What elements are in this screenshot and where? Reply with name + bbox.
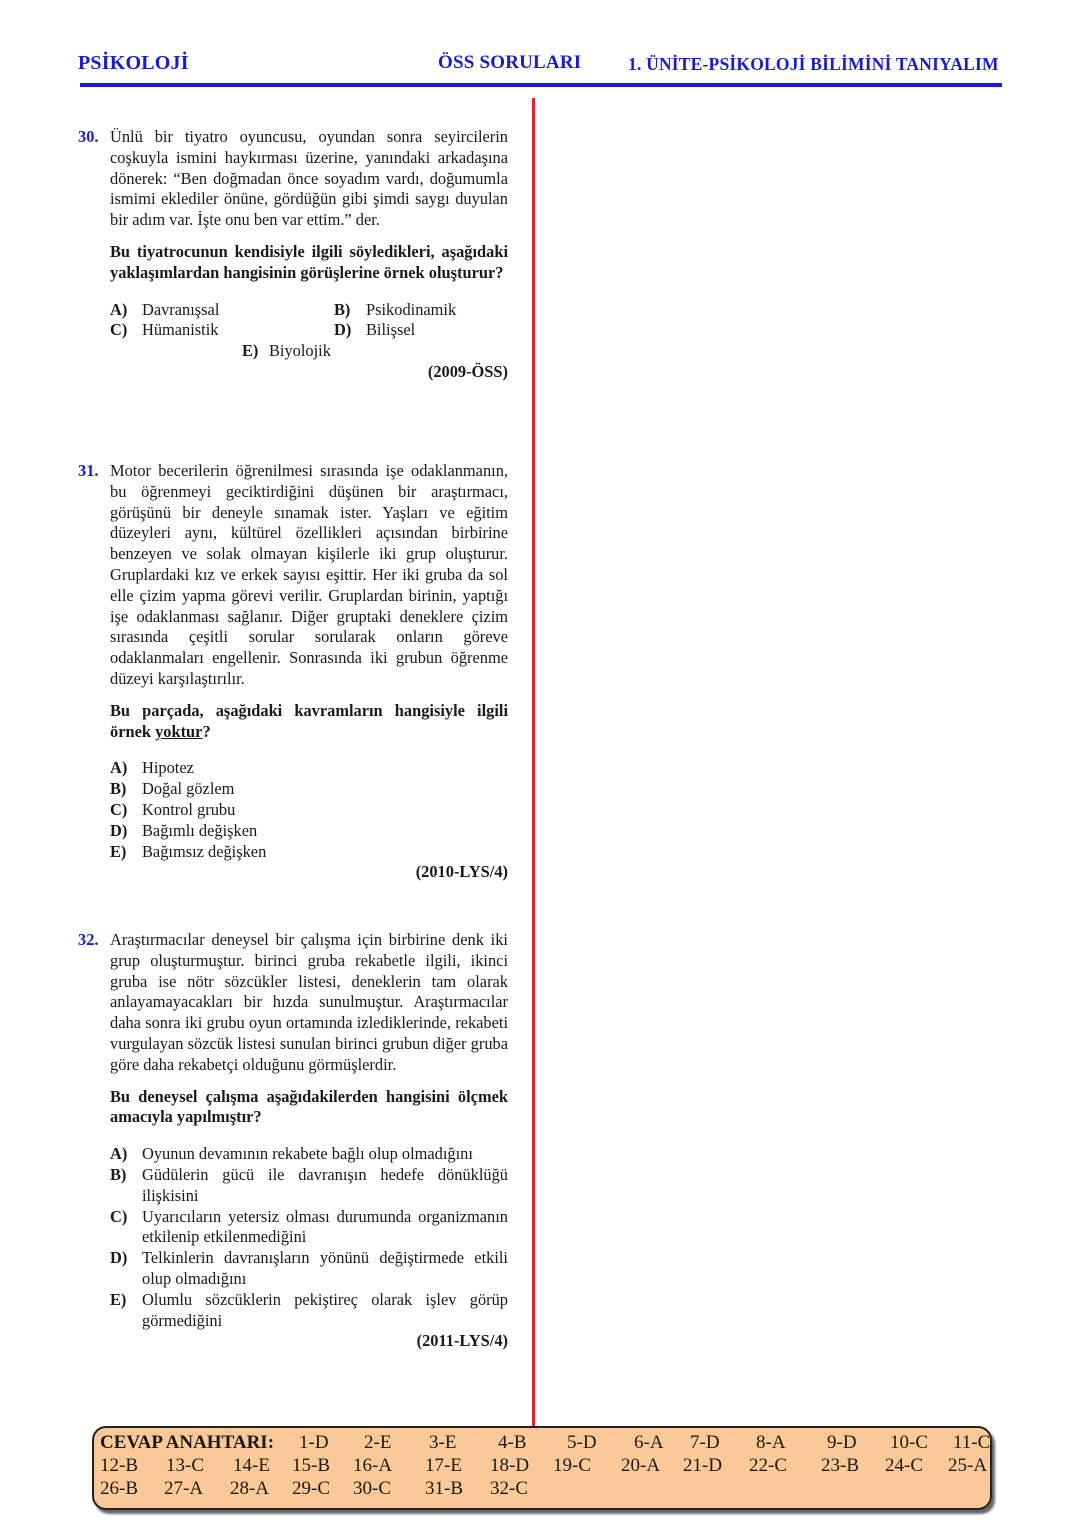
column-divider bbox=[532, 98, 535, 1426]
option-e[interactable]: E) Bağımsız değişken bbox=[110, 842, 508, 863]
answer-key-item: 14-E bbox=[233, 1455, 270, 1477]
answer-key-item: 28-A bbox=[230, 1478, 269, 1500]
question-32: 32. Araştırmacılar deneysel bir çalışma … bbox=[78, 930, 508, 1352]
option-e[interactable]: E) Biyolojik bbox=[110, 341, 508, 362]
answer-key-item: 9-D bbox=[827, 1432, 857, 1454]
answer-key-item: 21-D bbox=[683, 1455, 722, 1477]
unit-title: 1. ÜNİTE-PSİKOLOJİ BİLİMİNİ TANIYALIM bbox=[628, 54, 999, 75]
answer-key-item: 20-A bbox=[621, 1455, 660, 1477]
option-d[interactable]: D) Bilişsel bbox=[334, 320, 534, 341]
option-c[interactable]: C) Kontrol grubu bbox=[110, 800, 508, 821]
question-30: 30. Ünlü bir tiyatro oyuncusu, oyundan s… bbox=[78, 127, 508, 383]
option-a[interactable]: A) Oyunun devamının rekabete bağlı olup … bbox=[110, 1144, 508, 1165]
answer-key-item: 25-A bbox=[948, 1455, 987, 1477]
answer-key-item: 29-C bbox=[292, 1478, 330, 1500]
emphasis-underlined: yoktur bbox=[155, 722, 202, 741]
answer-key-item: 23-B bbox=[821, 1455, 859, 1477]
answer-key-item: 16-A bbox=[353, 1455, 392, 1477]
question-number: 31. bbox=[78, 461, 99, 482]
answer-key-item: 22-C bbox=[749, 1455, 787, 1477]
answer-key-item: 27-A bbox=[164, 1478, 203, 1500]
options: A) Hipotez B) Doğal gözlem C) Kontrol gr… bbox=[110, 758, 508, 862]
option-c[interactable]: C) Hümanistik bbox=[110, 320, 334, 341]
options: A) Davranışsal B) Psikodinamik C) Hümani… bbox=[110, 300, 508, 362]
answer-key-item: 3-E bbox=[429, 1432, 456, 1454]
answer-key-item: 30-C bbox=[353, 1478, 391, 1500]
question-stem: Ünlü bir tiyatro oyuncusu, oyundan sonra… bbox=[110, 127, 508, 231]
answer-key-item: 11-C bbox=[953, 1432, 990, 1454]
answer-key-item: 26-B bbox=[100, 1478, 138, 1500]
option-e[interactable]: E) Olumlu sözcüklerin pekiştireç olarak … bbox=[110, 1290, 508, 1332]
question-source: (2011-LYS/4) bbox=[110, 1331, 508, 1352]
question-prompt: Bu deneysel çalışma aşağıdakilerden hang… bbox=[110, 1087, 508, 1129]
answer-key-title: CEVAP ANAHTARI: bbox=[100, 1432, 274, 1453]
answer-key-item: 15-B bbox=[292, 1455, 330, 1477]
answer-key-item: 5-D bbox=[567, 1432, 597, 1454]
question-number: 30. bbox=[78, 127, 99, 148]
question-stem: Araştırmacılar deneysel bir çalışma için… bbox=[110, 930, 508, 1076]
option-d[interactable]: D) Telkinlerin davranışların yönünü deği… bbox=[110, 1248, 508, 1290]
answer-key-item: 4-B bbox=[498, 1432, 527, 1454]
answer-key-item: 2-E bbox=[364, 1432, 391, 1454]
option-d[interactable]: D) Bağımlı değişken bbox=[110, 821, 508, 842]
option-b[interactable]: B) Psikodinamik bbox=[334, 300, 534, 321]
question-prompt: Bu parçada, aşağıdaki kavramların hangis… bbox=[110, 701, 508, 743]
question-source: (2009-ÖSS) bbox=[110, 362, 508, 383]
question-number: 32. bbox=[78, 930, 99, 951]
answer-key-item: 18-D bbox=[490, 1455, 529, 1477]
question-stem: Motor becerilerin öğrenilmesi sırasında … bbox=[110, 461, 508, 690]
answer-key-item: 32-C bbox=[490, 1478, 528, 1500]
answer-key-item: 19-C bbox=[553, 1455, 591, 1477]
header-rule bbox=[80, 83, 1002, 87]
option-a[interactable]: A) Davranışsal bbox=[110, 300, 334, 321]
options: A) Oyunun devamının rekabete bağlı olup … bbox=[110, 1144, 508, 1331]
answer-key-row-1: CEVAP ANAHTARI: 1-D2-E3-E4-B5-D6-A7-D8-A… bbox=[100, 1432, 274, 1454]
answer-key-item: 1-D bbox=[299, 1432, 329, 1454]
answer-key-box: CEVAP ANAHTARI: 1-D2-E3-E4-B5-D6-A7-D8-A… bbox=[92, 1426, 992, 1510]
section-title: ÖSS SORULARI bbox=[438, 52, 581, 74]
question-source: (2010-LYS/4) bbox=[110, 862, 508, 883]
option-b[interactable]: B) Güdülerin gücü ile davranışın hedefe … bbox=[110, 1165, 508, 1207]
question-prompt: Bu tiyatrocunun kendisiyle ilgili söyled… bbox=[110, 242, 508, 284]
question-31: 31. Motor becerilerin öğrenilmesi sırası… bbox=[78, 461, 508, 883]
option-b[interactable]: B) Doğal gözlem bbox=[110, 779, 508, 800]
subject-title: PSİKOLOJİ bbox=[78, 52, 189, 75]
answer-key-item: 10-C bbox=[890, 1432, 928, 1454]
answer-key-item: 6-A bbox=[634, 1432, 664, 1454]
answer-key-item: 12-B bbox=[100, 1455, 138, 1477]
answer-key-item: 13-C bbox=[166, 1455, 204, 1477]
answer-key-item: 8-A bbox=[756, 1432, 786, 1454]
answer-key-item: 31-B bbox=[425, 1478, 463, 1500]
answer-key-item: 7-D bbox=[690, 1432, 720, 1454]
answer-key-item: 17-E bbox=[425, 1455, 462, 1477]
option-a[interactable]: A) Hipotez bbox=[110, 758, 508, 779]
option-c[interactable]: C) Uyarıcıların yetersiz olması durumund… bbox=[110, 1207, 508, 1249]
answer-key-item: 24-C bbox=[885, 1455, 923, 1477]
